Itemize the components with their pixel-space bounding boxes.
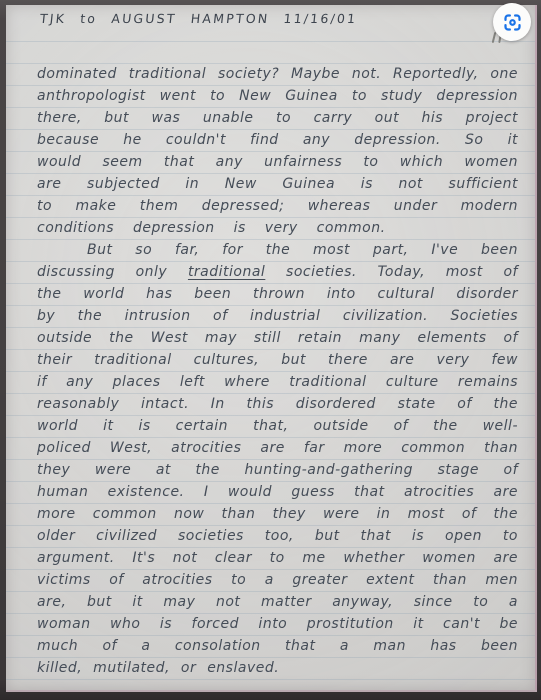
letter-body: dominated traditional society? Maybe not… — [37, 63, 518, 679]
letter-line: policed West, atrocities are far more co… — [37, 437, 518, 459]
letter-line: dominated traditional society? Maybe not… — [37, 63, 518, 85]
letter-line: because he couldn't find any depression.… — [37, 129, 518, 151]
letter-line: by the intrusion of industrial civilizat… — [37, 305, 518, 327]
letter-line: much of a consolation that a man has bee… — [37, 635, 518, 657]
letter-line: the world has been thrown into cultural … — [37, 283, 518, 305]
letter-line: are subjected in New Guinea is not suffi… — [37, 173, 518, 195]
letter-header: TJK to AUGUST HAMPTON 11/16/01 — [39, 11, 358, 26]
letter-line: if any places left where traditional cul… — [37, 371, 518, 393]
lens-icon — [502, 12, 523, 33]
letter-line: conditions depression is very common. — [37, 217, 518, 239]
letter-line: to make them depressed; whereas under mo… — [37, 195, 518, 217]
letter-line: discussing only traditional societies. T… — [37, 261, 518, 283]
letter-line: victims of atrocities to a greater exten… — [37, 569, 518, 591]
letter-line: there, but was unable to carry out his p… — [37, 107, 518, 129]
lens-button[interactable] — [493, 3, 531, 41]
letter-line: anthropologist went to New Guinea to stu… — [37, 85, 518, 107]
letter-line: human existence. I would guess that atro… — [37, 481, 518, 503]
letter-line: But so far, for the most part, I've been — [37, 239, 518, 261]
letter-line: they were at the hunting-and-gathering s… — [37, 459, 518, 481]
letter-line: older civilized societies too, but that … — [37, 525, 518, 547]
letter-line: outside the West may still retain many e… — [37, 327, 518, 349]
letter-line: killed, mutilated, or enslaved. — [37, 657, 518, 679]
letter-page: TJK to AUGUST HAMPTON 11/16/01 dominated… — [6, 5, 537, 692]
letter-line: reasonably intact. In this disordered st… — [37, 393, 518, 415]
letter-line: would seem that any unfairness to which … — [37, 151, 518, 173]
letter-line: their traditional cultures, but there ar… — [37, 349, 518, 371]
letter-line: woman who is forced into prostitution it… — [37, 613, 518, 635]
letter-line: are, but it may not matter anyway, since… — [37, 591, 518, 613]
letter-line: world it is certain that, outside of the… — [37, 415, 518, 437]
letter-line: argument. It's not clear to me whether w… — [37, 547, 518, 569]
letter-line: more common now than they were in most o… — [37, 503, 518, 525]
